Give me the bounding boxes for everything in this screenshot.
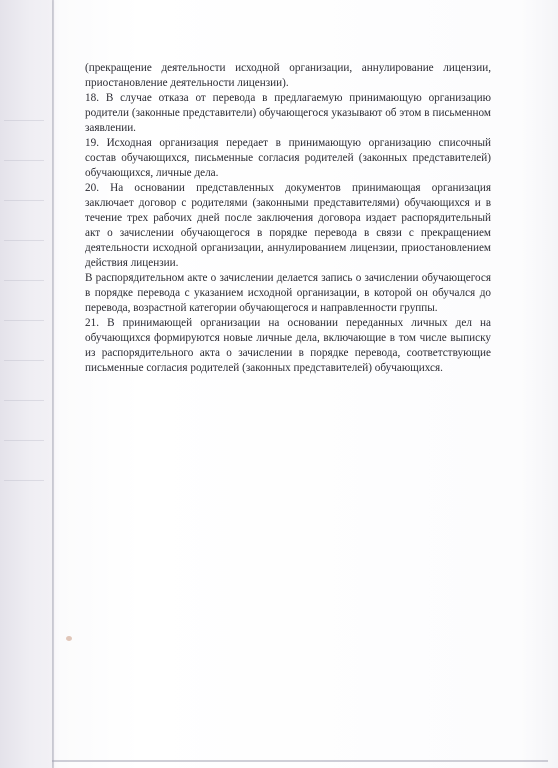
page-bottom-edge [52, 760, 548, 762]
paragraph-17-continuation: (прекращение деятельности исходной орган… [85, 61, 491, 91]
paragraph-21: 21. В принимающей организации на основан… [85, 316, 491, 376]
paragraph-18: 18. В случае отказа от перевода в предла… [85, 91, 491, 136]
paragraph-19: 19. Исходная организация передает в прин… [85, 136, 491, 181]
page-edge-shadow [52, 0, 54, 768]
document-body: (прекращение деятельности исходной орган… [85, 61, 491, 376]
paragraph-20: 20. На основании представленных документ… [85, 181, 491, 271]
scanned-page: (прекращение деятельности исходной орган… [0, 0, 558, 768]
underlying-page-edge [0, 0, 52, 768]
paragraph-20-enrollment-note: В распорядительном акте о зачислении дел… [85, 271, 491, 316]
scan-smudge [66, 636, 72, 641]
